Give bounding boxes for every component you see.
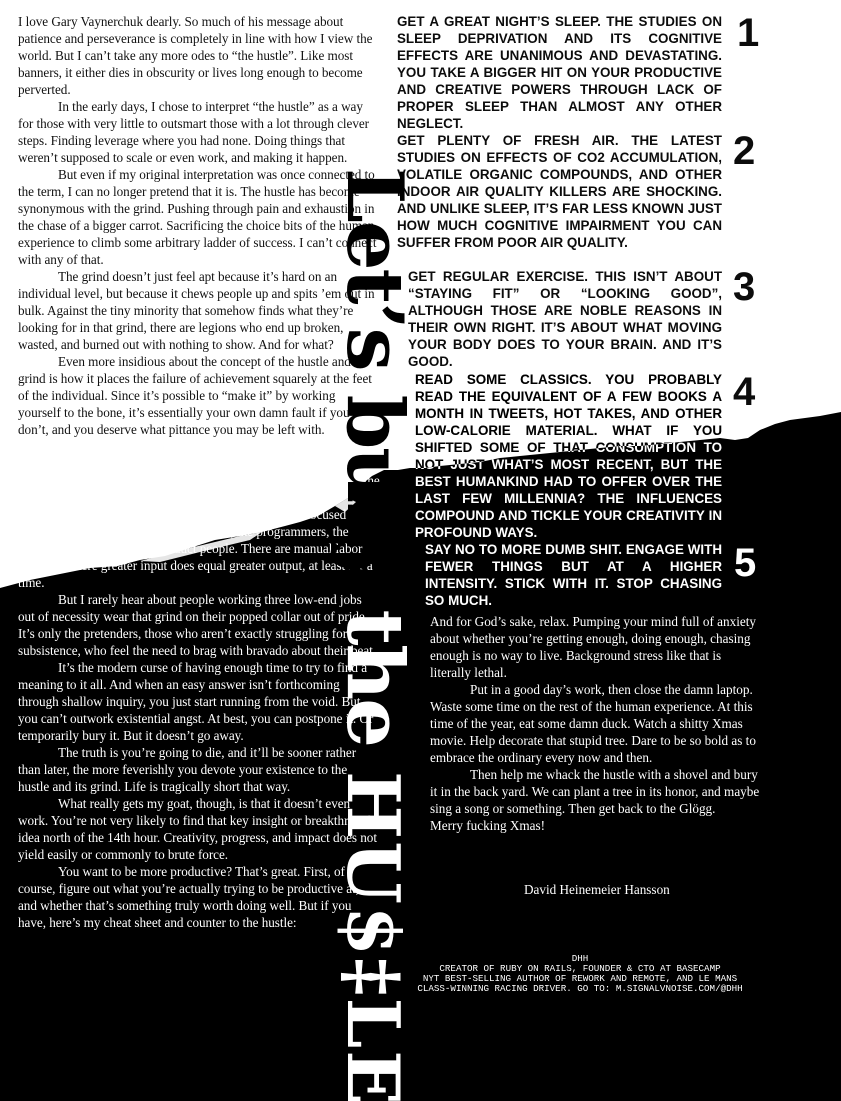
essay-paragraph: You want to be more productive? That’s g… bbox=[18, 863, 380, 931]
headline-the: the bbox=[329, 610, 420, 746]
essay-paragraph: I love Gary Vaynerchuk dearly. So much o… bbox=[18, 13, 380, 98]
author-signature: David Heinemeier Hansson bbox=[524, 882, 670, 898]
headline-lets-bury: Let’s bury bbox=[329, 168, 420, 584]
essay-paragraph: In the early days, I chose to interpret … bbox=[18, 98, 380, 166]
tip-2-text: Get plenty of fresh air. The latest stud… bbox=[397, 132, 722, 251]
essay-paragraph: Now this opposition mainly comes from a … bbox=[18, 506, 380, 591]
essay-paragraph: What really gets my goat, though, is tha… bbox=[18, 795, 380, 863]
essay-right-column: And for God’s sake, relax. Pumping your … bbox=[430, 613, 760, 834]
tip-1-text: Get a great night’s sleep. The studies o… bbox=[397, 13, 722, 132]
essay-paragraph: Then help me whack the hustle with a sho… bbox=[430, 766, 760, 817]
essay-paragraph: Its origin from a dog-eat-dog world has … bbox=[18, 438, 380, 506]
essay-paragraph: The truth is you’re going to die, and it… bbox=[18, 744, 380, 795]
essay-left-column: I love Gary Vaynerchuk dearly. So much o… bbox=[18, 13, 380, 931]
tip-3-text: Get regular exercise. This isn’t about “… bbox=[408, 268, 722, 370]
tip-5-number: 5 bbox=[734, 543, 756, 583]
essay-paragraph: And for God’s sake, relax. Pumping your … bbox=[430, 613, 760, 681]
headline-hustle: HU$‡LE bbox=[331, 771, 416, 1101]
tip-4-text: Read some classics. You probably read th… bbox=[415, 371, 722, 541]
tip-2-number: 2 bbox=[733, 131, 755, 171]
tip-4-number: 4 bbox=[733, 372, 755, 412]
essay-paragraph: But I rarely hear about people working t… bbox=[18, 591, 380, 659]
essay-paragraph: The grind doesn’t just feel apt because … bbox=[18, 268, 380, 353]
vertical-headline: Let’s bury the HU$‡LE bbox=[334, 168, 413, 1101]
essay-paragraph: It’s the modern curse of having enough t… bbox=[18, 659, 380, 744]
essay-paragraph: But even if my original interpretation w… bbox=[18, 166, 380, 268]
essay-paragraph: Even more insidious about the concept of… bbox=[18, 353, 380, 438]
bio-line: class-winning racing driver. Go to: m.si… bbox=[398, 984, 762, 994]
essay-paragraph: Put in a good day’s work, then close the… bbox=[430, 681, 760, 766]
tip-5-text: Say no to more dumb shit. Engage with fe… bbox=[425, 541, 722, 609]
poster-page: I love Gary Vaynerchuk dearly. So much o… bbox=[0, 0, 841, 1101]
essay-paragraph: Merry fucking Xmas! bbox=[430, 817, 760, 834]
tip-3-number: 3 bbox=[733, 267, 755, 307]
author-bio: DHH Creator of Ruby on Rails, founder & … bbox=[398, 954, 762, 994]
tip-1-number: 1 bbox=[737, 13, 759, 53]
